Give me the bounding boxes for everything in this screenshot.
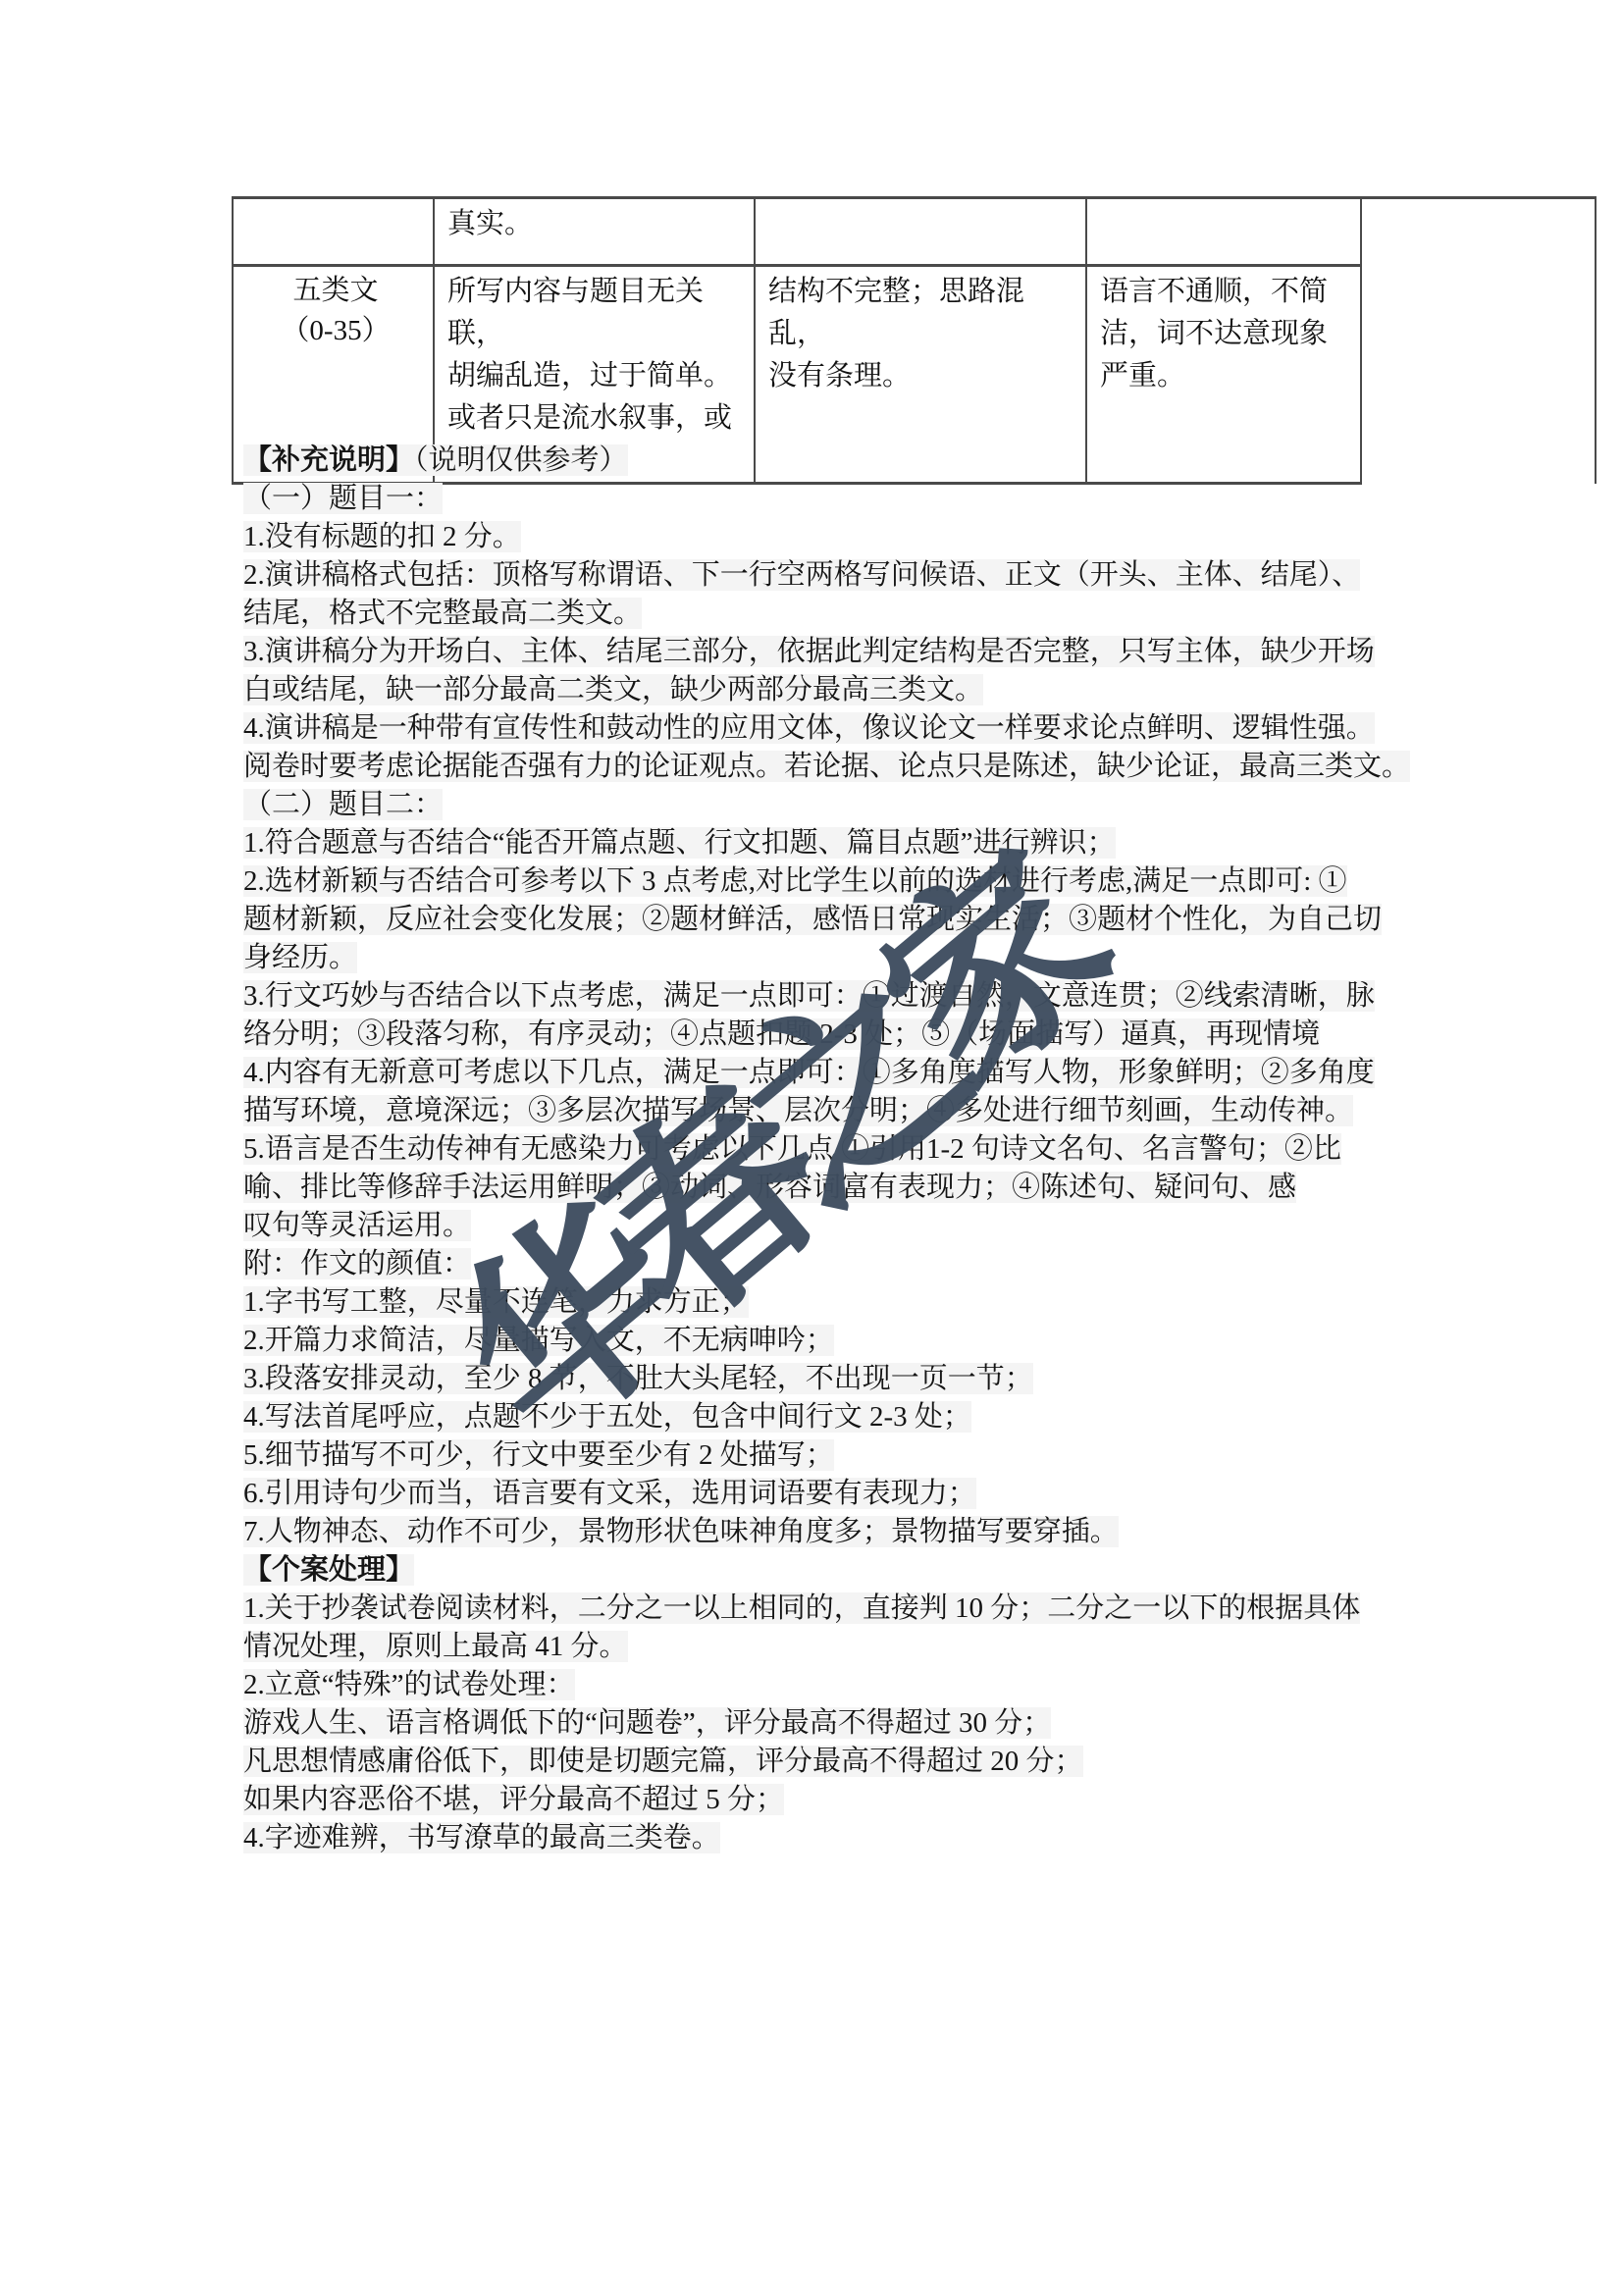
text-segment: （二）题目二：	[243, 789, 443, 820]
text-line: 题材新颖，反应社会变化发展；②题材鲜活，感悟日常现实生活；③题材个性化，为自己切	[243, 901, 1482, 939]
text-segment: 阅卷时要考虑论据能否强有力的论证观点。若论据、论点只是陈述，缺少论证，最高三类文…	[243, 751, 1410, 782]
cell-grade-empty	[233, 198, 434, 266]
text-segment: 3.行文巧妙与否结合以下点考虑，满足一点即可：①过渡自然，文意连贯；②线索清晰，…	[243, 980, 1375, 1012]
text-segment: 游戏人生、语言格调低下的“问题卷”，评分最高不得超过 30 分；	[243, 1707, 1051, 1739]
text-line: 1.符合题意与否结合“能否开篇点题、行文扣题、篇目点题”进行辨识；	[243, 824, 1482, 862]
text-segment: 5.细节描写不可少，行文中要至少有 2 处描写；	[243, 1439, 834, 1471]
text-line: 2.开篇力求简洁，尽量描写入文，不无病呻吟；	[243, 1322, 1482, 1360]
text-line: 2.立意“特殊”的试卷处理：	[243, 1666, 1482, 1704]
text-line: （二）题目二：	[243, 786, 1482, 824]
grade-range: （0-35）	[246, 311, 425, 351]
text-line: 情况处理，原则上最高 41 分。	[243, 1628, 1482, 1666]
text-segment: 喻、排比等修辞手法运用鲜明；③动词、形容词富有表现力；④陈述句、疑问句、感	[243, 1172, 1296, 1203]
cell-language-empty	[1086, 198, 1361, 266]
text-segment: 2.选材新颖与否结合可参考以下 3 点考虑,对比学生以前的选材进行考虑,满足一点…	[243, 865, 1347, 897]
text-line: 阅卷时要考虑论据能否强有力的论证观点。若论据、论点只是陈述，缺少论证，最高三类文…	[243, 748, 1482, 786]
text-segment: 1.关于抄袭试卷阅读材料，二分之一以上相同的，直接判 10 分；二分之一以下的根…	[243, 1592, 1360, 1624]
text-segment: 1.符合题意与否结合“能否开篇点题、行文扣题、篇目点题”进行辨识；	[243, 827, 1116, 859]
text-line: 6.引用诗句少而当，语言要有文采，选用词语要有表现力；	[243, 1475, 1482, 1513]
text-line: （一）题目一：	[243, 480, 1482, 518]
text-line: 如果内容恶俗不堪，评分最高不超过 5 分；	[243, 1781, 1482, 1819]
text-line: 1.关于抄袭试卷阅读材料，二分之一以上相同的，直接判 10 分；二分之一以下的根…	[243, 1590, 1482, 1628]
text-line: 3.演讲稿分为开场白、主体、结尾三部分，依据此判定结构是否完整，只写主体，缺少开…	[243, 633, 1482, 671]
text-segment: 2.开篇力求简洁，尽量描写入文，不无病呻吟；	[243, 1325, 834, 1356]
text-segment: 叹句等灵活运用。	[243, 1210, 471, 1241]
text-segment: 3.段落安排灵动，至少 8 节，不肚大头尾轻，不出现一页一节；	[243, 1363, 1033, 1394]
text-line: 【个案处理】	[243, 1551, 1482, 1590]
text-line: 5.语言是否生动传神有无感染力可考虑以下几点 ①引用1-2 句诗文名句、名言警句…	[243, 1130, 1482, 1169]
text-segment: （一）题目一：	[243, 483, 443, 514]
text-line: 4.字迹难辨，书写潦草的最高三类卷。	[243, 1819, 1482, 1857]
text-line: 7.人物神态、动作不可少，景物形状色味神角度多；景物描写要穿插。	[243, 1513, 1482, 1551]
text-segment: 4.写法首尾呼应，点题不少于五处，包含中间行文 2-3 处；	[243, 1401, 971, 1433]
text-segment: 题材新颖，反应社会变化发展；②题材鲜活，感悟日常现实生活；③题材个性化，为自己切	[243, 904, 1382, 935]
cell-content-tail: 真实。	[434, 198, 755, 266]
text-segment: 2.演讲稿格式包括：顶格写称谓语、下一行空两格写问候语、正文（开头、主体、结尾）…	[243, 559, 1360, 591]
heading-segment: 【个案处理】	[243, 1554, 414, 1586]
text-line: 叹句等灵活运用。	[243, 1207, 1482, 1245]
text-line: 游戏人生、语言格调低下的“问题卷”，评分最高不得超过 30 分；	[243, 1704, 1482, 1743]
supplementary-notes: 【补充说明】（说明仅供参考）（一）题目一：1.没有标题的扣 2 分。2.演讲稿格…	[243, 442, 1482, 1857]
text-line: 喻、排比等修辞手法运用鲜明；③动词、形容词富有表现力；④陈述句、疑问句、感	[243, 1169, 1482, 1207]
cell-structure-empty	[755, 198, 1086, 266]
text-line: 2.演讲稿格式包括：顶格写称谓语、下一行空两格写问候语、正文（开头、主体、结尾）…	[243, 556, 1482, 595]
text-line: 络分明；③段落匀称，有序灵动；④点题扣题 2-3 处；⑤（场面描写）逼真，再现情…	[243, 1016, 1482, 1054]
text-line: 1.字书写工整，尽量不连笔，力求方正；	[243, 1283, 1482, 1322]
text-line: 附：作文的颜值：	[243, 1245, 1482, 1283]
text-line: 凡思想情感庸俗低下，即使是切题完篇，评分最高不得超过 20 分；	[243, 1743, 1482, 1781]
text-segment: 白或结尾，缺一部分最高二类文，缺少两部分最高三类文。	[243, 674, 983, 705]
text-line: 3.段落安排灵动，至少 8 节，不肚大头尾轻，不出现一页一节；	[243, 1360, 1482, 1398]
text-segment: 如果内容恶俗不堪，评分最高不超过 5 分；	[243, 1784, 784, 1815]
text-segment: 1.没有标题的扣 2 分。	[243, 521, 521, 552]
text-line: 4.写法首尾呼应，点题不少于五处，包含中间行文 2-3 处；	[243, 1398, 1482, 1436]
text-segment: 描写环境，意境深远；③多层次描写场景、层次分明；④多处进行细节刻画，生动传神。	[243, 1095, 1353, 1126]
text-segment: 4.字迹难辨，书写潦草的最高三类卷。	[243, 1822, 720, 1853]
text-segment: 情况处理，原则上最高 41 分。	[243, 1631, 628, 1662]
text-line: 5.细节描写不可少，行文中要至少有 2 处描写；	[243, 1436, 1482, 1475]
text-segment: 6.引用诗句少而当，语言要有文采，选用词语要有表现力；	[243, 1478, 976, 1509]
text-segment: 结尾，格式不完整最高二类文。	[243, 598, 642, 629]
text-segment: 4.内容有无新意可考虑以下几点，满足一点即可：①多角度描写人物，形象鲜明；②多角…	[243, 1057, 1375, 1088]
text-segment: 附：作文的颜值：	[243, 1248, 471, 1279]
text-line: 描写环境，意境深远；③多层次描写场景、层次分明；④多处进行细节刻画，生动传神。	[243, 1092, 1482, 1130]
text-segment: 1.字书写工整，尽量不连笔，力求方正；	[243, 1286, 749, 1318]
document-page: 真实。 五类文 （0-35） 所写内容与题目无关联， 胡编乱造，过于简单。 或者…	[0, 0, 1623, 2296]
text-segment: 2.立意“特殊”的试卷处理：	[243, 1669, 575, 1700]
grade-label: 五类文	[246, 271, 425, 311]
text-line: 结尾，格式不完整最高二类文。	[243, 595, 1482, 633]
text-segment: 4.演讲稿是一种带有宣传性和鼓动性的应用文体，像议论文一样要求论点鲜明、逻辑性强…	[243, 712, 1375, 744]
cell-score-empty	[1361, 198, 1596, 484]
text-line: 3.行文巧妙与否结合以下点考虑，满足一点即可：①过渡自然，文意连贯；②线索清晰，…	[243, 977, 1482, 1016]
text-line: 【补充说明】（说明仅供参考）	[243, 442, 1482, 480]
text-line: 白或结尾，缺一部分最高二类文，缺少两部分最高三类文。	[243, 671, 1482, 709]
text-segment: 络分明；③段落匀称，有序灵动；④点题扣题 2-3 处；⑤（场面描写）逼真，再现情…	[243, 1018, 1320, 1050]
text-segment: 凡思想情感庸俗低下，即使是切题完篇，评分最高不得超过 20 分；	[243, 1746, 1083, 1777]
text-segment: 5.语言是否生动传神有无感染力可考虑以下几点 ①引用1-2 句诗文名句、名言警句…	[243, 1133, 1341, 1165]
text-line: 1.没有标题的扣 2 分。	[243, 518, 1482, 556]
text-line: 4.演讲稿是一种带有宣传性和鼓动性的应用文体，像议论文一样要求论点鲜明、逻辑性强…	[243, 709, 1482, 748]
text-segment: 身经历。	[243, 942, 357, 973]
text-line: 身经历。	[243, 939, 1482, 977]
table-row-carryover: 真实。	[233, 198, 1596, 266]
text-line: 2.选材新颖与否结合可参考以下 3 点考虑,对比学生以前的选材进行考虑,满足一点…	[243, 862, 1482, 901]
text-line: 4.内容有无新意可考虑以下几点，满足一点即可：①多角度描写人物，形象鲜明；②多角…	[243, 1054, 1482, 1092]
heading-segment: 【补充说明】	[243, 444, 414, 476]
text-segment: 3.演讲稿分为开场白、主体、结尾三部分，依据此判定结构是否完整，只写主体，缺少开…	[243, 636, 1375, 667]
text-segment: 7.人物神态、动作不可少，景物形状色味神角度多；景物描写要穿插。	[243, 1516, 1119, 1547]
text-segment: （说明仅供参考）	[414, 444, 628, 476]
